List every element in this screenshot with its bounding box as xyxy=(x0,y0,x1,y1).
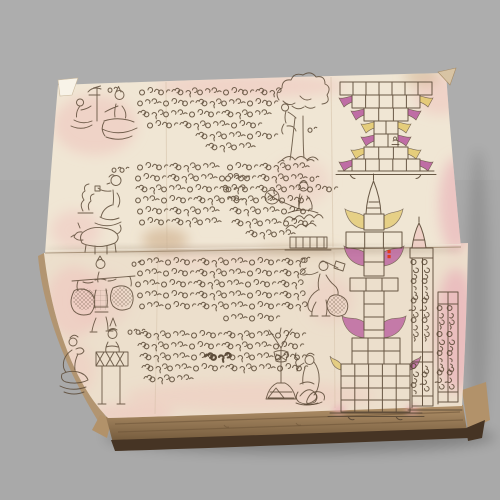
manuscript-photo xyxy=(0,0,500,500)
red-mark xyxy=(388,255,391,258)
photo-manuscript-book xyxy=(0,0,500,500)
red-mark xyxy=(388,250,391,253)
